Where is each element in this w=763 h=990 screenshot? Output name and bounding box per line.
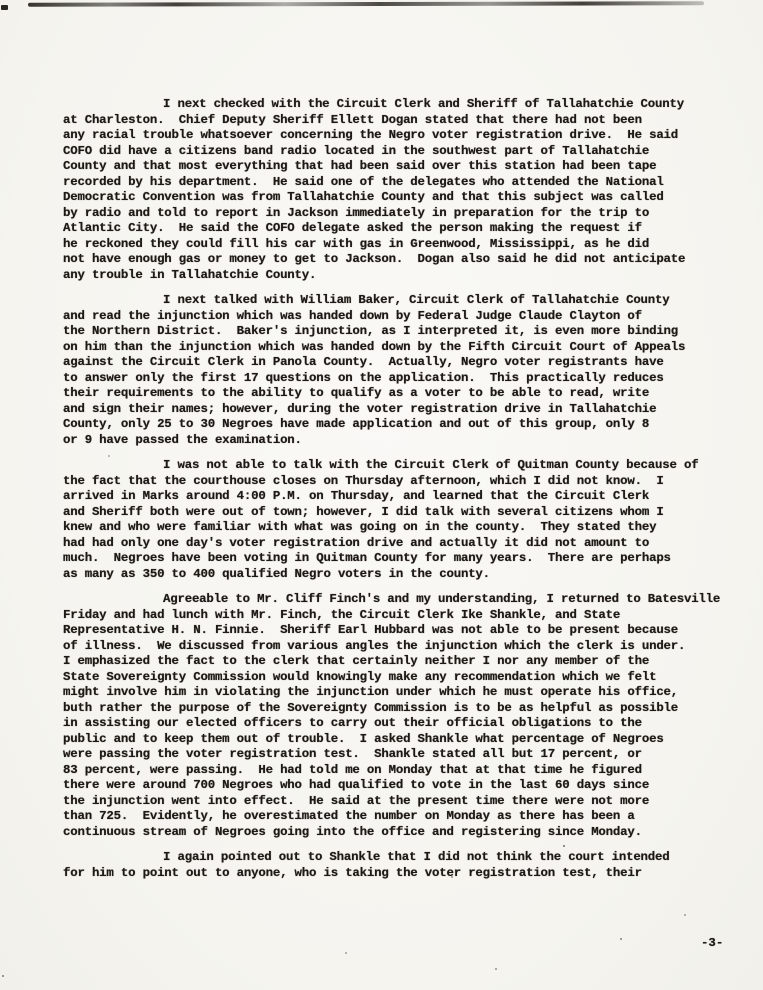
text-line: in assisting our elected officers to car… bbox=[63, 716, 719, 732]
scan-specks bbox=[0, 0, 2, 2]
text-line: the Northern District. Baker's injunctio… bbox=[63, 324, 719, 340]
text-line: Representative H. N. Finnie. Sheriff Ear… bbox=[63, 623, 719, 639]
text-line: County and that most everything that had… bbox=[63, 159, 719, 175]
text-line: any racial trouble whatsoever concerning… bbox=[63, 128, 719, 144]
document-page: I next checked with the Circuit Clerk an… bbox=[0, 0, 763, 990]
text-line: I again pointed out to Shankle that I di… bbox=[63, 850, 719, 866]
scan-speck bbox=[1, 5, 8, 10]
text-line: as many as 350 to 400 qualified Negro vo… bbox=[63, 567, 719, 583]
paragraph: Agreeable to Mr. Cliff Finch's and my un… bbox=[63, 592, 719, 840]
text-line: and Sheriff both were out of town; howev… bbox=[63, 505, 719, 521]
text-line: Agreeable to Mr. Cliff Finch's and my un… bbox=[63, 592, 719, 608]
text-line: arrived in Marks around 4:00 P.M. on Thu… bbox=[63, 489, 719, 505]
text-line: the injunction went into effect. He said… bbox=[63, 794, 719, 810]
paragraph: I was not able to talk with the Circuit … bbox=[63, 458, 719, 582]
text-line: buth rather the purpose of the Sovereign… bbox=[63, 701, 719, 717]
text-line: might involve him in violating the injun… bbox=[63, 685, 719, 701]
text-line: their requirements to the ability to qua… bbox=[63, 386, 719, 402]
text-line: Democratic Convention was from Tallahatc… bbox=[63, 190, 719, 206]
text-line: much. Negroes have been voting in Quitma… bbox=[63, 551, 719, 567]
text-line: the fact that the courthouse closes on T… bbox=[63, 474, 719, 490]
text-line: COFO did have a citizens band radio loca… bbox=[63, 144, 719, 160]
page-number: -3- bbox=[701, 936, 723, 950]
text-line: for him to point out to anyone, who is t… bbox=[63, 866, 719, 882]
text-line: than 725. Evidently, he overestimated th… bbox=[63, 809, 719, 825]
text-line: I was not able to talk with the Circuit … bbox=[63, 458, 719, 474]
text-line: he reckoned they could fill his car with… bbox=[63, 237, 719, 253]
document-body: I next checked with the Circuit Clerk an… bbox=[63, 97, 719, 891]
text-line: had had only one day's voter registratio… bbox=[63, 536, 719, 552]
text-line: Friday and had lunch with Mr. Finch, the… bbox=[63, 608, 719, 624]
text-line: I emphasized the fact to the clerk that … bbox=[63, 654, 719, 670]
text-line: any trouble in Tallahatchie County. bbox=[63, 268, 719, 284]
scan-edge-artifact bbox=[28, 1, 704, 6]
paragraph: I next checked with the Circuit Clerk an… bbox=[63, 97, 719, 283]
text-line: Atlantic City. He said the COFO delegate… bbox=[63, 221, 719, 237]
text-line: State Sovereignty Commission would knowi… bbox=[63, 670, 719, 686]
text-line: of illness. We discussed from various an… bbox=[63, 639, 719, 655]
text-line: on him than the injunction which was han… bbox=[63, 340, 719, 356]
text-line: I next talked with William Baker, Circui… bbox=[63, 293, 719, 309]
text-line: there were around 700 Negroes who had qu… bbox=[63, 778, 719, 794]
text-line: and sign their names; however, during th… bbox=[63, 402, 719, 418]
text-line: to answer only the first 17 questions on… bbox=[63, 371, 719, 387]
text-line: against the Circuit Clerk in Panola Coun… bbox=[63, 355, 719, 371]
text-line: were passing the voter registration test… bbox=[63, 747, 719, 763]
text-line: continuous stream of Negroes going into … bbox=[63, 825, 719, 841]
text-line: not have enough gas or money to get to J… bbox=[63, 252, 719, 268]
text-line: I next checked with the Circuit Clerk an… bbox=[63, 97, 719, 113]
text-line: knew and who were familiar with what was… bbox=[63, 520, 719, 536]
text-line: or 9 have passed the examination. bbox=[63, 433, 719, 449]
text-line: County, only 25 to 30 Negroes have made … bbox=[63, 417, 719, 433]
text-line: and read the injunction which was handed… bbox=[63, 309, 719, 325]
paragraph: I again pointed out to Shankle that I di… bbox=[63, 850, 719, 881]
paragraph: I next talked with William Baker, Circui… bbox=[63, 293, 719, 448]
text-line: recorded by his department. He said one … bbox=[63, 175, 719, 191]
text-line: public and to keep them out of trouble. … bbox=[63, 732, 719, 748]
text-line: at Charleston. Chief Deputy Sheriff Elle… bbox=[63, 113, 719, 129]
text-line: by radio and told to report in Jackson i… bbox=[63, 206, 719, 222]
text-line: 83 percent, were passing. He had told me… bbox=[63, 763, 719, 779]
